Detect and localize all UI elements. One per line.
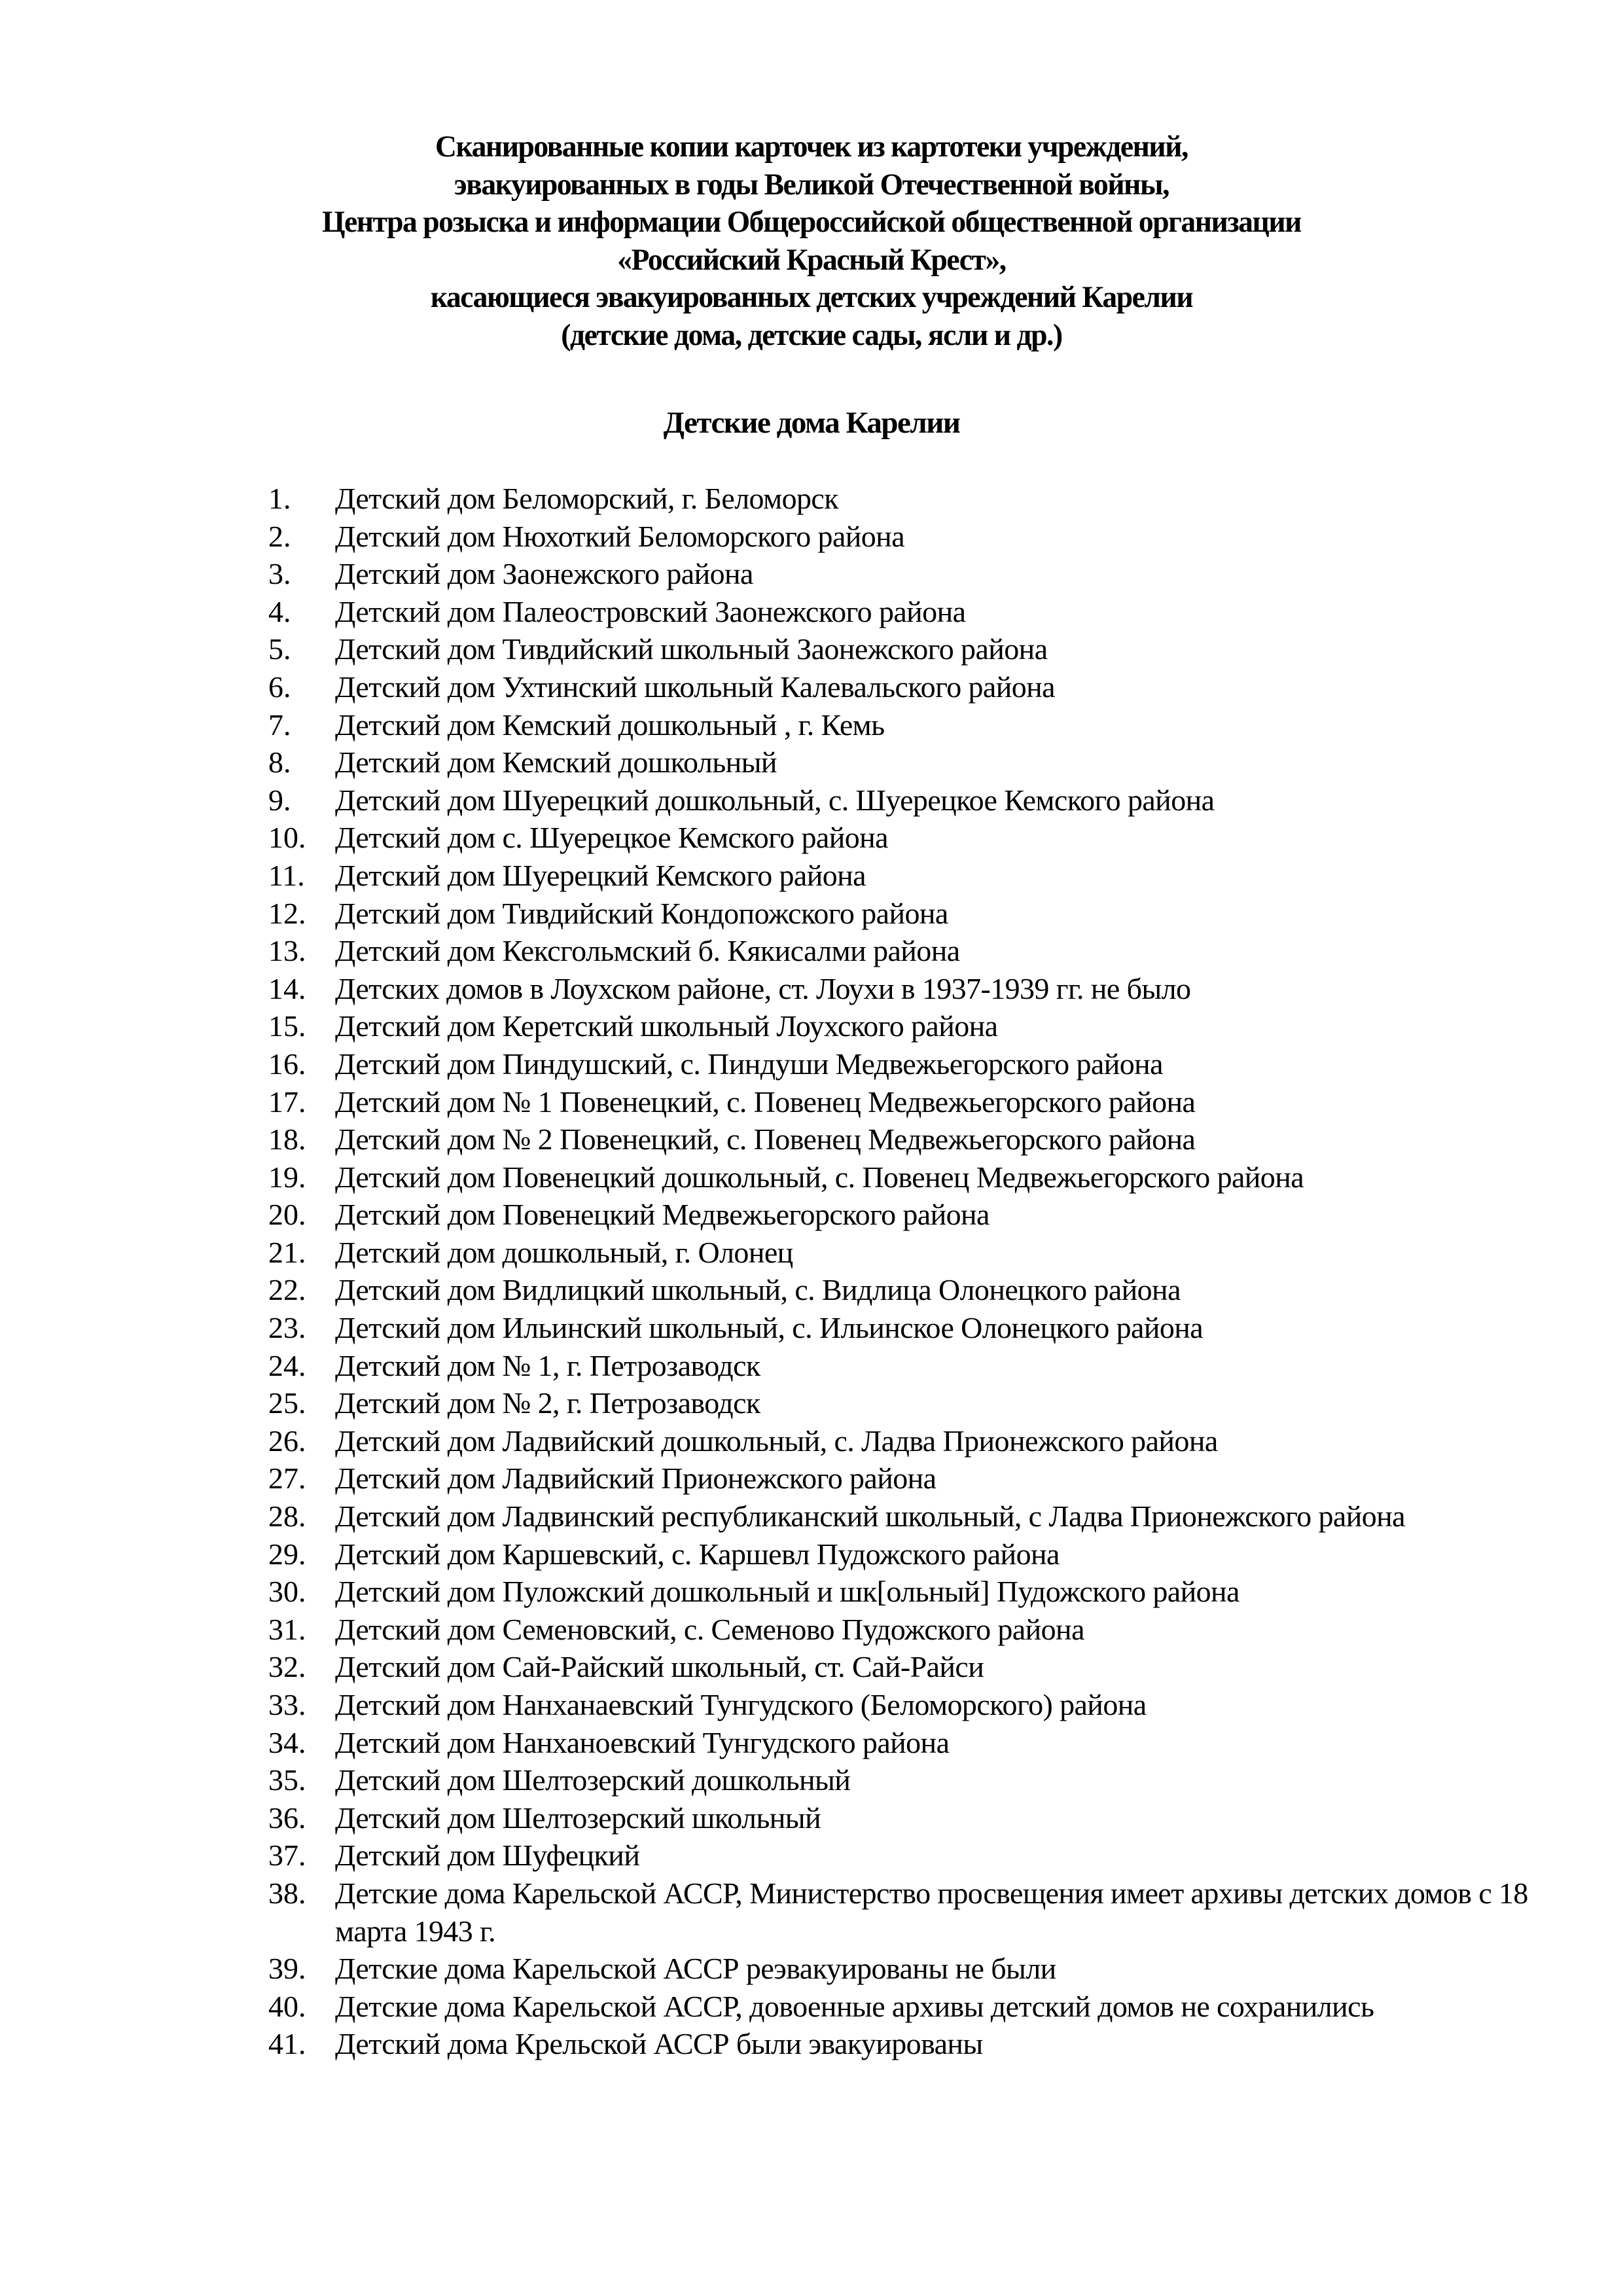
- item-number: 4.: [0, 593, 321, 631]
- list-item: 41.Детский дома Крельской АССР были эвак…: [0, 2025, 1623, 2063]
- item-text: Детский дом Пуложский дошкольный и шк[ол…: [335, 1573, 1240, 1611]
- list-item: 17.Детский дом № 1 Повенецкий, с. Повене…: [0, 1083, 1623, 1121]
- item-number: 27.: [0, 1460, 321, 1498]
- item-number: 17.: [0, 1083, 321, 1121]
- item-number: 5.: [0, 630, 321, 668]
- item-number-label: 30.: [268, 1573, 321, 1611]
- list-item: 39.Детские дома Карельской АССР реэвакуи…: [0, 1950, 1623, 1988]
- list-item: 24.Детский дом № 1, г. Петрозаводск: [0, 1347, 1623, 1385]
- list-item: 28.Детский дом Ладвинский республикански…: [0, 1498, 1623, 1535]
- item-number: 20.: [0, 1196, 321, 1234]
- list-item: 14.Детских домов в Лоухском районе, ст. …: [0, 970, 1623, 1008]
- item-number-label: 21.: [268, 1234, 321, 1272]
- item-text: Детский дом Повенецкий дошкольный, с. По…: [335, 1158, 1304, 1196]
- item-text: Детский дом Палеостровский Заонежского р…: [335, 593, 965, 631]
- item-text: Детский дома Крельской АССР были эвакуир…: [335, 2025, 983, 2063]
- item-text: Детский дом Ладвийский Прионежского райо…: [335, 1460, 936, 1498]
- item-text: Детский дом с. Шуерецкое Кемского района: [335, 819, 888, 857]
- item-text: Детские дома Карельской АССР реэвакуиров…: [335, 1950, 1056, 1988]
- item-number-label: 34.: [268, 1724, 321, 1762]
- list-item: 37.Детский дом Шуфецкий: [0, 1837, 1623, 1874]
- item-number: 30.: [0, 1573, 321, 1611]
- item-text: Детский дом № 1, г. Петрозаводск: [335, 1347, 760, 1385]
- item-number-label: 31.: [268, 1611, 321, 1649]
- item-number: 37.: [0, 1837, 321, 1874]
- item-number: 39.: [0, 1950, 321, 1988]
- list-item: 35.Детский дом Шелтозерский дошкольный: [0, 1761, 1623, 1799]
- item-text: Детский дом Тивдийский школьный Заонежск…: [335, 630, 1048, 668]
- list-item: 38.Детские дома Карельской АССР, Министе…: [0, 1874, 1623, 1950]
- item-number-label: 20.: [268, 1196, 321, 1234]
- item-text: Детский дом № 2, г. Петрозаводск: [335, 1384, 760, 1422]
- item-text: Детский дом Ильинский школьный, с. Ильин…: [335, 1309, 1203, 1347]
- item-number: 3.: [0, 555, 321, 593]
- list-item: 2.Детский дом Нюхоткий Беломорского райо…: [0, 518, 1623, 556]
- item-number: 21.: [0, 1234, 321, 1272]
- item-number: 14.: [0, 970, 321, 1008]
- item-text: Детский дом Ладвийский дошкольный, с. Ла…: [335, 1422, 1218, 1460]
- list-item: 4.Детский дом Палеостровский Заонежского…: [0, 593, 1623, 631]
- list-item: 7.Детский дом Кемский дошкольный , г. Ке…: [0, 706, 1623, 744]
- item-number: 23.: [0, 1309, 321, 1347]
- header-line: Сканированные копии карточек из картотек…: [24, 128, 1599, 166]
- list-item: 10.Детский дом с. Шуерецкое Кемского рай…: [0, 819, 1623, 857]
- list-item: 40.Детские дома Карельской АССР, довоенн…: [0, 1988, 1623, 2026]
- list-item: 23.Детский дом Ильинский школьный, с. Ил…: [0, 1309, 1623, 1347]
- item-number-label: 19.: [268, 1158, 321, 1196]
- item-number: 15.: [0, 1007, 321, 1045]
- item-number: 34.: [0, 1724, 321, 1762]
- list-item: 18.Детский дом № 2 Повенецкий, с. Повене…: [0, 1121, 1623, 1158]
- item-text: Детский дом Тивдийский Кондопожского рай…: [335, 895, 948, 933]
- item-text: Детский дом Шуфецкий: [335, 1837, 639, 1874]
- list-item: 8.Детский дом Кемский дошкольный: [0, 744, 1623, 781]
- header-line: «Российский Красный Крест»,: [24, 242, 1599, 279]
- item-text: Детский дом Шуерецкий Кемского района: [335, 857, 866, 895]
- item-number-label: 41.: [268, 2025, 321, 2063]
- item-number: 25.: [0, 1384, 321, 1422]
- item-number-label: 38.: [268, 1874, 321, 1912]
- item-number-label: 22.: [268, 1271, 321, 1309]
- item-text: Детский дом дошкольный, г. Олонец: [335, 1234, 793, 1272]
- item-number-label: 18.: [268, 1121, 321, 1158]
- item-number-label: 24.: [268, 1347, 321, 1385]
- item-number-label: 3.: [268, 555, 321, 593]
- item-number-label: 40.: [268, 1988, 321, 2026]
- list-item: 29.Детский дом Каршевский, с. Каршевл Пу…: [0, 1535, 1623, 1573]
- list-item: 33.Детский дом Нанханаевский Тунгудского…: [0, 1686, 1623, 1724]
- list-item: 27.Детский дом Ладвийский Прионежского р…: [0, 1460, 1623, 1498]
- item-text: Детский дом Шелтозерский школьный: [335, 1799, 821, 1837]
- item-number: 11.: [0, 857, 321, 895]
- list-item: 16.Детский дом Пиндушский, с. Пиндуши Ме…: [0, 1045, 1623, 1083]
- item-number-label: 8.: [268, 744, 321, 781]
- list-item: 6.Детский дом Ухтинский школьный Калевал…: [0, 668, 1623, 706]
- item-number: 10.: [0, 819, 321, 857]
- item-number: 33.: [0, 1686, 321, 1724]
- list-item: 36.Детский дом Шелтозерский школьный: [0, 1799, 1623, 1837]
- item-number: 2.: [0, 518, 321, 556]
- item-number: 12.: [0, 895, 321, 933]
- item-text: Детский дом Ладвинский республиканский ш…: [335, 1498, 1405, 1535]
- item-text: Детский дом Каршевский, с. Каршевл Пудож…: [335, 1535, 1060, 1573]
- item-text: Детский дом Сай-Райский школьный, ст. Са…: [335, 1648, 984, 1686]
- document-header: Сканированные копии карточек из картотек…: [0, 128, 1623, 354]
- item-text: Детский дом Пиндушский, с. Пиндуши Медве…: [335, 1045, 1163, 1083]
- item-number: 1.: [0, 480, 321, 518]
- header-line: эвакуированных в годы Великой Отечествен…: [24, 166, 1599, 204]
- item-number: 8.: [0, 744, 321, 781]
- item-number-label: 32.: [268, 1648, 321, 1686]
- item-number-label: 11.: [268, 857, 321, 895]
- item-text: Детских домов в Лоухском районе, ст. Лоу…: [335, 970, 1190, 1008]
- section-heading: Детские дома Карелии: [0, 404, 1623, 442]
- item-number: 40.: [0, 1988, 321, 2026]
- item-number-label: 4.: [268, 593, 321, 631]
- list-item: 22.Детский дом Видлицкий школьный, с. Ви…: [0, 1271, 1623, 1309]
- item-number-label: 12.: [268, 895, 321, 933]
- item-number-label: 9.: [268, 781, 321, 819]
- item-text: Детский дом Шуерецкий дошкольный, с. Шуе…: [335, 781, 1214, 819]
- list-item: 25.Детский дом № 2, г. Петрозаводск: [0, 1384, 1623, 1422]
- item-number-label: 2.: [268, 518, 321, 556]
- item-number-label: 39.: [268, 1950, 321, 1988]
- item-text: Детский дом Кексгольмский б. Кякисалми р…: [335, 932, 960, 970]
- list-item: 21.Детский дом дошкольный, г. Олонец: [0, 1234, 1623, 1272]
- list-item: 9.Детский дом Шуерецкий дошкольный, с. Ш…: [0, 781, 1623, 819]
- list-item: 13.Детский дом Кексгольмский б. Кякисалм…: [0, 932, 1623, 970]
- item-number-label: 1.: [268, 480, 321, 518]
- item-number-label: 14.: [268, 970, 321, 1008]
- item-text: Детский дом Нюхоткий Беломорского района: [335, 518, 904, 556]
- item-text: Детский дом Беломорский, г. Беломорск: [335, 480, 838, 518]
- orphanage-list: 1.Детский дом Беломорский, г. Беломорск2…: [0, 480, 1623, 2063]
- item-text: Детский дом № 2 Повенецкий, с. Повенец М…: [335, 1121, 1195, 1158]
- item-number: 24.: [0, 1347, 321, 1385]
- item-number-label: 6.: [268, 668, 321, 706]
- list-item: 12.Детский дом Тивдийский Кондопожского …: [0, 895, 1623, 933]
- item-number: 36.: [0, 1799, 321, 1837]
- item-number-label: 13.: [268, 932, 321, 970]
- item-number: 22.: [0, 1271, 321, 1309]
- item-number: 6.: [0, 668, 321, 706]
- item-number: 35.: [0, 1761, 321, 1799]
- item-number: 28.: [0, 1498, 321, 1535]
- item-text: Детский дом Нанханаевский Тунгудского (Б…: [335, 1686, 1147, 1724]
- list-item: 19.Детский дом Повенецкий дошкольный, с.…: [0, 1158, 1623, 1196]
- item-text: Детские дома Карельской АССР, довоенные …: [335, 1988, 1374, 2026]
- item-text: Детский дом Кемский дошкольный: [335, 744, 777, 781]
- item-text: Детский дом Керетский школьный Лоухского…: [335, 1007, 997, 1045]
- item-number-label: 15.: [268, 1007, 321, 1045]
- item-text: Детские дома Карельской АССР, Министерст…: [335, 1874, 1552, 1950]
- item-number-label: 25.: [268, 1384, 321, 1422]
- list-item: 30.Детский дом Пуложский дошкольный и шк…: [0, 1573, 1623, 1611]
- list-item: 34.Детский дом Нанханоевский Тунгудского…: [0, 1724, 1623, 1762]
- item-number-label: 16.: [268, 1045, 321, 1083]
- item-number-label: 36.: [268, 1799, 321, 1837]
- item-number-label: 37.: [268, 1837, 321, 1874]
- item-number-label: 5.: [268, 630, 321, 668]
- item-number: 31.: [0, 1611, 321, 1649]
- item-number-label: 33.: [268, 1686, 321, 1724]
- list-item: 11.Детский дом Шуерецкий Кемского района: [0, 857, 1623, 895]
- item-text: Детский дом № 1 Повенецкий, с. Повенец М…: [335, 1083, 1195, 1121]
- list-item: 15.Детский дом Керетский школьный Лоухск…: [0, 1007, 1623, 1045]
- item-number-label: 17.: [268, 1083, 321, 1121]
- item-number-label: 27.: [268, 1460, 321, 1498]
- item-text: Детский дом Повенецкий Медвежьегорского …: [335, 1196, 990, 1234]
- item-text: Детский дом Ухтинский школьный Калевальс…: [335, 668, 1055, 706]
- item-text: Детский дом Видлицкий школьный, с. Видли…: [335, 1271, 1181, 1309]
- list-item: 32.Детский дом Сай-Райский школьный, ст.…: [0, 1648, 1623, 1686]
- list-item: 5.Детский дом Тивдийский школьный Заонеж…: [0, 630, 1623, 668]
- item-number: 41.: [0, 2025, 321, 2063]
- header-line: касающиеся эвакуированных детских учрежд…: [24, 279, 1599, 317]
- item-text: Детский дом Шелтозерский дошкольный: [335, 1761, 850, 1799]
- item-number: 19.: [0, 1158, 321, 1196]
- item-number-label: 28.: [268, 1498, 321, 1535]
- header-line: Центра розыска и информации Общероссийск…: [24, 204, 1599, 242]
- item-number: 29.: [0, 1535, 321, 1573]
- item-number-label: 7.: [268, 706, 321, 744]
- item-number-label: 10.: [268, 819, 321, 857]
- item-number: 38.: [0, 1874, 321, 1912]
- item-number: 13.: [0, 932, 321, 970]
- item-number: 9.: [0, 781, 321, 819]
- item-number: 26.: [0, 1422, 321, 1460]
- list-item: 1.Детский дом Беломорский, г. Беломорск: [0, 480, 1623, 518]
- item-text: Детский дом Кемский дошкольный , г. Кемь: [335, 706, 885, 744]
- item-number: 18.: [0, 1121, 321, 1158]
- item-number: 32.: [0, 1648, 321, 1686]
- item-number: 7.: [0, 706, 321, 744]
- item-number-label: 29.: [268, 1535, 321, 1573]
- list-item: 20.Детский дом Повенецкий Медвежьегорско…: [0, 1196, 1623, 1234]
- item-text: Детский дом Заонежского района: [335, 555, 753, 593]
- item-text: Детский дом Семеновский, с. Семеново Пуд…: [335, 1611, 1084, 1649]
- list-item: 3.Детский дом Заонежского района: [0, 555, 1623, 593]
- item-number: 16.: [0, 1045, 321, 1083]
- header-line: (детские дома, детские сады, ясли и др.): [24, 317, 1599, 355]
- list-item: 26.Детский дом Ладвийский дошкольный, с.…: [0, 1422, 1623, 1460]
- item-number-label: 26.: [268, 1422, 321, 1460]
- item-number-label: 35.: [268, 1761, 321, 1799]
- item-text: Детский дом Нанханоевский Тунгудского ра…: [335, 1724, 949, 1762]
- item-number-label: 23.: [268, 1309, 321, 1347]
- list-item: 31.Детский дом Семеновский, с. Семеново …: [0, 1611, 1623, 1649]
